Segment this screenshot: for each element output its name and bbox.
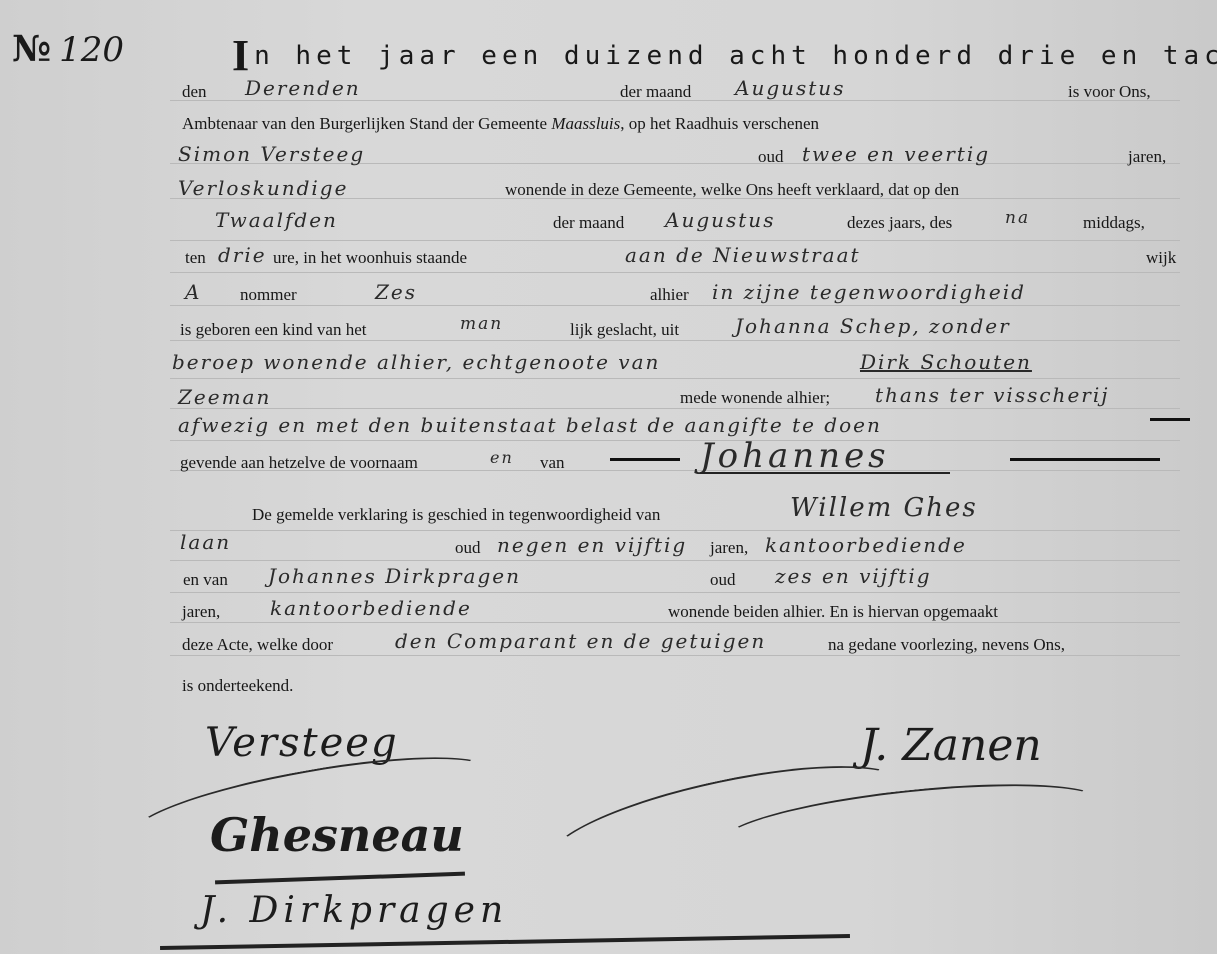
label-van: van	[540, 453, 565, 473]
handwritten-father: Dirk Schouten	[860, 350, 1032, 374]
handwritten-occupation: Verloskundige	[178, 176, 348, 200]
handwritten-witness2-occupation: kantoorbediende	[270, 596, 472, 620]
handwritten-ward: A	[185, 280, 201, 304]
handwritten-absence-note-cont: afwezig en met den buitenstaat belast de…	[178, 413, 882, 437]
label-middags: middags,	[1083, 213, 1145, 233]
signature-declarant: Versteeg	[205, 720, 399, 766]
handwritten-month: Augustus	[735, 76, 845, 100]
label-jaren: jaren,	[1128, 147, 1166, 167]
ruled-line	[170, 408, 1180, 409]
label-voorlezing: na gedane voorlezing, nevens Ons,	[828, 635, 1065, 655]
label-geslacht: lijk geslacht, uit	[570, 320, 679, 340]
handwritten-signers: den Comparant en de getuigen	[395, 629, 766, 653]
name-underline	[700, 472, 950, 474]
ruled-line	[170, 305, 1180, 306]
handwritten-witness1-occupation: kantoorbediende	[765, 533, 967, 557]
filler-dash	[1150, 418, 1190, 421]
label-en-van: en van	[183, 570, 228, 590]
handwritten-witness1-name-cont: laan	[180, 530, 231, 554]
record-number-value: 120	[59, 30, 124, 70]
label-jaren: jaren,	[710, 538, 748, 558]
signature-witness-2: J. Dirkpragen	[200, 890, 508, 931]
label-der-maand: der maand	[553, 213, 624, 233]
label-wijk: wijk	[1146, 248, 1176, 268]
declaration-text: wonende in deze Gemeente, welke Ons heef…	[505, 180, 959, 200]
closing-text: wonende beiden alhier. En is hiervan opg…	[668, 602, 998, 622]
label-oud: oud	[758, 147, 784, 167]
handwritten-witness1-name: Willem Ghes	[790, 493, 978, 523]
handwritten-absence-note: thans ter visscherij	[875, 383, 1109, 407]
label-den: den	[182, 82, 207, 102]
signature-registrar: J. Zanen	[860, 720, 1042, 771]
ruled-line	[170, 622, 1180, 623]
ruled-line	[170, 240, 1180, 241]
handwritten-hour: drie	[218, 243, 267, 267]
ruled-line	[170, 440, 1180, 441]
label-geboren: is geboren een kind van het	[180, 320, 366, 340]
label-mede-wonende: mede wonende alhier;	[680, 388, 830, 408]
record-number: №120	[12, 28, 124, 70]
filler-dash	[1010, 458, 1160, 461]
handwritten-mother: Johanna Schep, zonder	[735, 314, 1011, 338]
label-onderteekend: is onderteekend.	[182, 676, 293, 696]
label-jaren: jaren,	[182, 602, 220, 622]
handwritten-declarant-name: Simon Versteeg	[178, 142, 365, 166]
ruled-line	[170, 655, 1180, 656]
label-voornaam: gevende aan hetzelve de voornaam	[180, 453, 418, 473]
handwritten-witness2-name: Johannes Dirkpragen	[268, 564, 521, 588]
label-dezes-jaars: dezes jaars, des	[847, 213, 952, 233]
ruled-line	[170, 272, 1180, 273]
label-nommer: nommer	[240, 285, 297, 305]
label-oud: oud	[710, 570, 736, 590]
label-woonhuis: ure, in het woonhuis staande	[273, 248, 467, 268]
label-oud: oud	[455, 538, 481, 558]
handwritten-house-number: Zes	[375, 280, 417, 304]
label-ten: ten	[185, 248, 206, 268]
drop-cap: I	[232, 31, 254, 80]
certificate-page: №120 In het jaar een duizend acht honder…	[0, 0, 1217, 954]
handwritten-presence-note: in zijne tegenwoordigheid	[712, 280, 1026, 304]
registrar-line: Ambtenaar van den Burgerlijken Stand der…	[182, 114, 819, 134]
filler-dash	[610, 458, 680, 461]
handwritten-voornaam-suffix: en	[490, 448, 514, 467]
label-acte: deze Acte, welke door	[182, 635, 333, 655]
ruled-line	[170, 560, 1180, 561]
handwritten-declarant-age: twee en veertig	[802, 142, 990, 166]
municipality-name: Maassluis	[551, 114, 620, 133]
handwritten-sex: man	[460, 314, 503, 334]
number-sign: №	[12, 28, 51, 70]
handwritten-birth-day: Twaalfden	[215, 208, 338, 232]
label-der-maand: der maand	[620, 82, 691, 102]
ruled-line	[170, 378, 1180, 379]
handwritten-street: aan de Nieuwstraat	[625, 243, 861, 267]
handwritten-birth-month: Augustus	[665, 208, 775, 232]
handwritten-voor-na: na	[1005, 208, 1030, 228]
label-voor-ons: is voor Ons,	[1068, 82, 1151, 102]
signature-underline	[215, 872, 465, 885]
handwritten-child-name: Johannes	[700, 436, 890, 476]
opening-line: In het jaar een duizend acht honderd dri…	[232, 30, 1217, 81]
ruled-line	[170, 340, 1180, 341]
ruled-line	[170, 592, 1180, 593]
handwritten-father-occupation: Zeeman	[178, 385, 271, 409]
handwritten-witness1-age: negen en vijftig	[497, 533, 687, 557]
ruled-line	[170, 530, 1180, 531]
signature-witness-1: Ghesneau	[210, 808, 464, 862]
handwritten-mother-details: beroep wonende alhier, echtgenoote van	[172, 350, 660, 374]
handwritten-day: Derenden	[245, 76, 361, 100]
signature-underline	[160, 934, 850, 950]
witness-intro: De gemelde verklaring is geschied in teg…	[252, 505, 660, 525]
handwritten-witness2-age: zes en vijftig	[775, 564, 932, 588]
label-alhier: alhier	[650, 285, 689, 305]
